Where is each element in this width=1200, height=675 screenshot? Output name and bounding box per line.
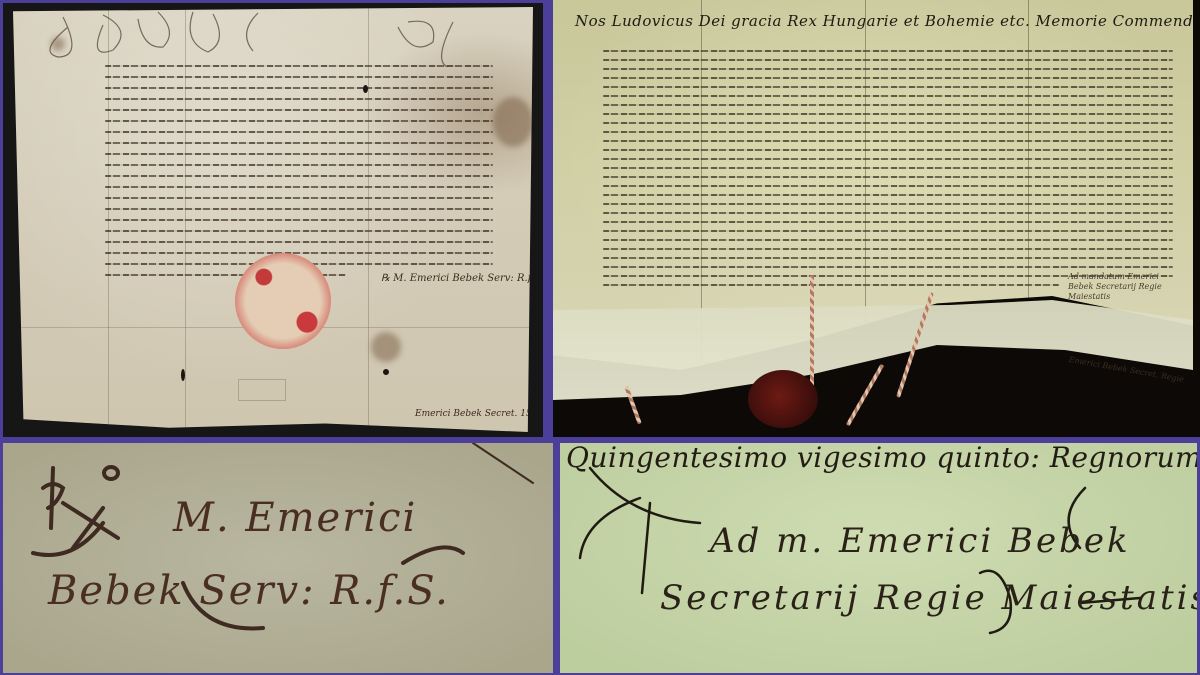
endorsement-note: Emerici Bebek Secret. 1525 (415, 409, 543, 419)
closing-line-detail-image: Quingentesimo vigesimo quinto: Regnorum … (560, 443, 1197, 673)
signature-line-2: Secretarij Regie Maiestatis (660, 578, 1197, 618)
ornamental-initials (13, 7, 533, 67)
closing-line: Quingentesimo vigesimo quinto: Regnorum (566, 443, 1197, 474)
parchment: ℞ M. Emerici Bebek Serv: R.f.S. Emerici … (13, 7, 533, 432)
archive-stamp (238, 379, 286, 401)
charter-image-seal: ℞ M. Emerici Bebek Serv: R.f.S. Emerici … (3, 3, 543, 437)
signature-flourish (3, 443, 553, 673)
stain (493, 97, 533, 147)
signature-line-1: M. Emerici (173, 495, 417, 541)
seal-cord (810, 275, 814, 395)
charter-heading: Nos Ludovicus Dei gracia Rex Hungarie et… (575, 12, 1200, 30)
red-wax-seal (235, 253, 331, 349)
charter-text (603, 50, 1173, 293)
stain (51, 37, 65, 51)
seal-cord (846, 364, 884, 427)
charter-text (105, 65, 493, 285)
red-wax-hanging-seal (748, 370, 818, 428)
signature-line-1: Ad m. Emerici Bebek (710, 521, 1131, 561)
stain (371, 332, 401, 362)
signature-line-2: Bebek Serv: R.f.S. (48, 568, 450, 614)
signature-note: ℞ M. Emerici Bebek Serv: R.f.S. (381, 273, 543, 285)
signature-detail-image: M. Emerici Bebek Serv: R.f.S. (3, 443, 553, 673)
charter-image-hanging-seal: Nos Ludovicus Dei gracia Rex Hungarie et… (553, 0, 1200, 437)
hole (181, 369, 185, 381)
signature-note: Ad mandatum Emerici Bebek Secretarij Reg… (1068, 272, 1178, 302)
hole (383, 369, 389, 375)
hole (363, 85, 368, 93)
